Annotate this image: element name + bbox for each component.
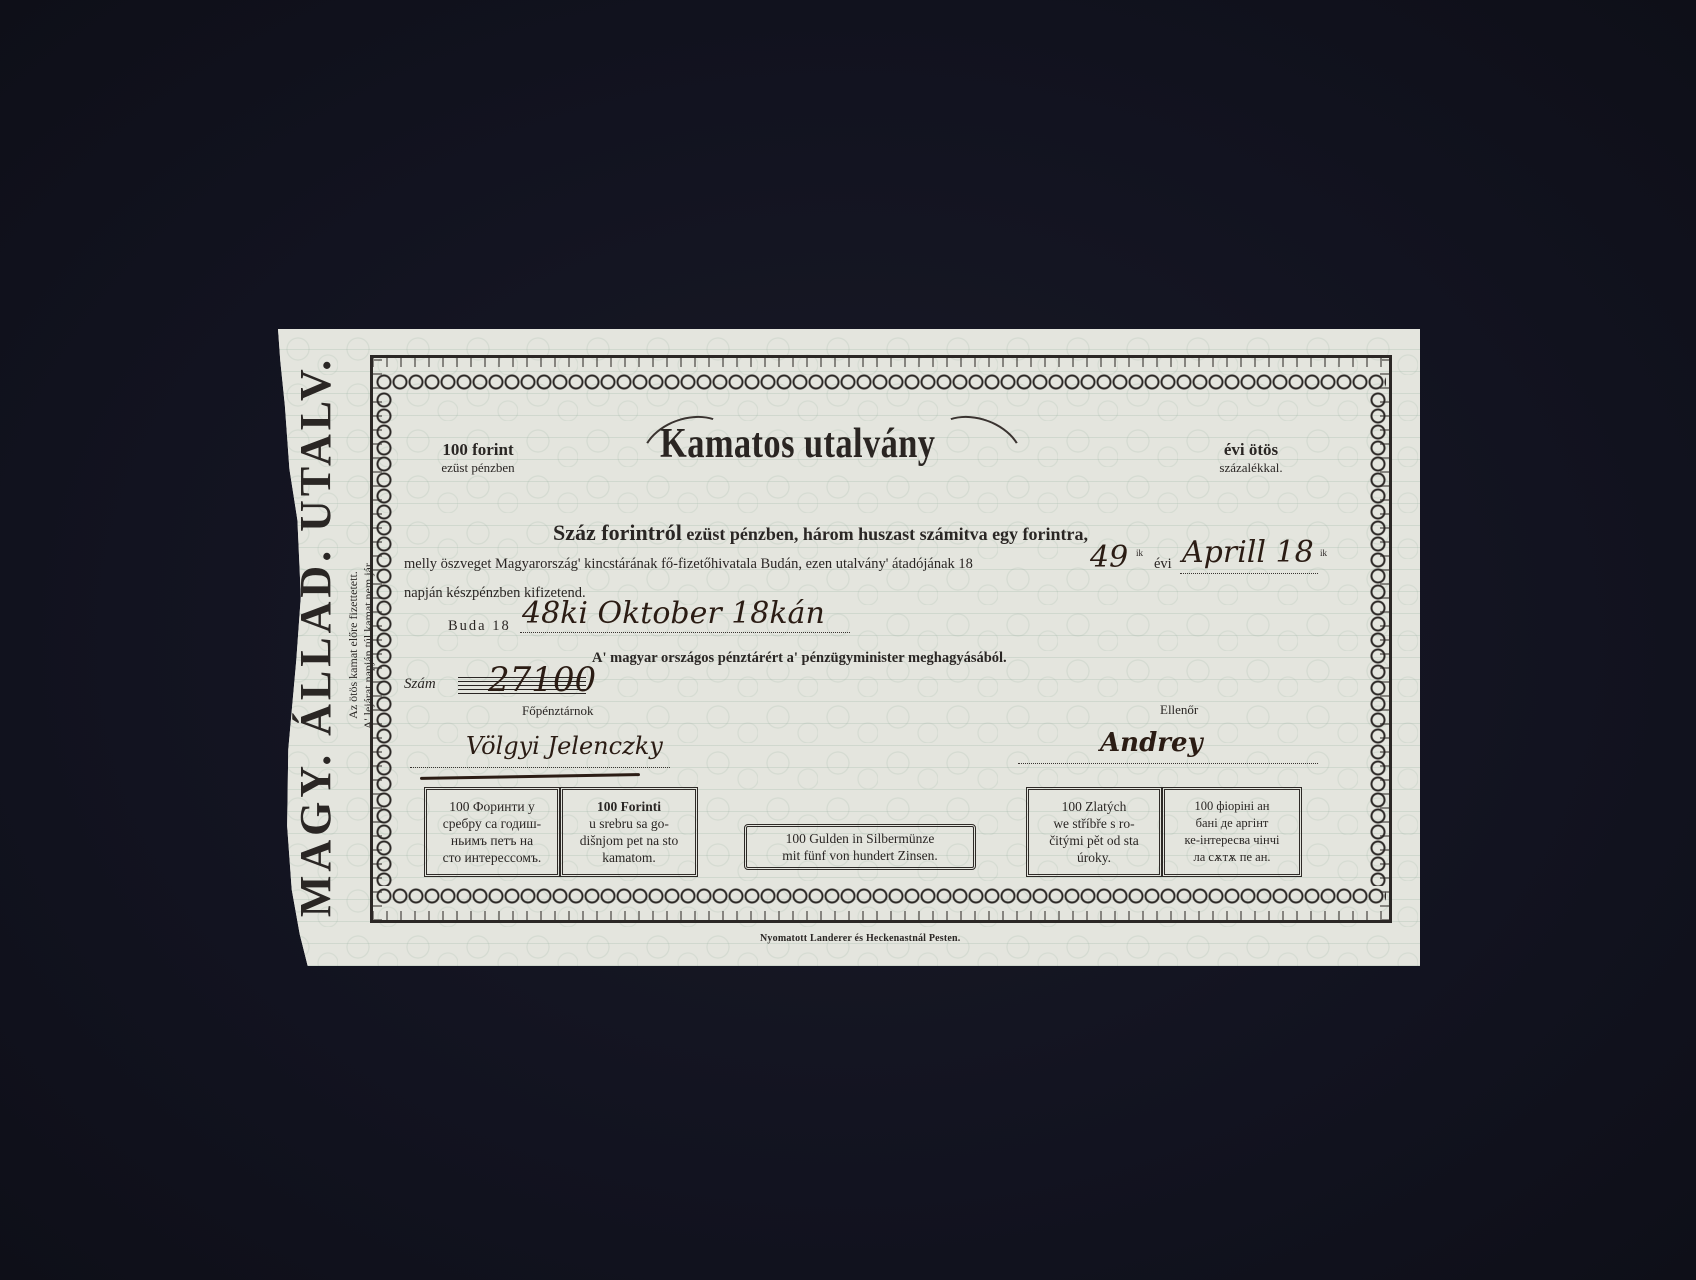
- number-label: Szám: [404, 676, 436, 693]
- croatian-line: 100 Forinti: [580, 798, 679, 815]
- serbian-line: сребру са годиш-: [443, 815, 542, 832]
- document-title: Kamatos utalvány: [660, 420, 935, 468]
- translation-serbian: 100 Форинти у сребру са годиш- ньимъ пет…: [424, 787, 560, 877]
- romanian-line: 100 фiорiнi ан: [1185, 798, 1280, 815]
- headline-rest: ezüst pénzben, három huszast számitva eg…: [686, 524, 1088, 544]
- corner-right-rate: évi ötös: [1196, 440, 1306, 460]
- slovak-line: čitými pět od sta: [1049, 832, 1139, 849]
- authority-statement: A' magyar országos pénztárért a' pénzügy…: [592, 650, 1007, 667]
- body-line-1: melly öszveget Magyarország' kincstárána…: [404, 556, 973, 573]
- translation-german: 100 Gulden in Silbermünze mit fünf von h…: [744, 824, 976, 870]
- right-signature-line: [1018, 763, 1318, 764]
- slovak-line: 100 Zlatých: [1049, 798, 1139, 815]
- corner-left-subtitle: ezüst pénzben: [418, 460, 538, 476]
- handwritten-issue-date: 48ki Oktober 18kán: [522, 596, 825, 631]
- chief-cashier-signature: Völgyi Jelenczky: [466, 732, 663, 760]
- german-line: mit fünf von hundert Zinsen.: [782, 847, 938, 864]
- issue-place: Buda 18: [448, 618, 511, 635]
- stub-title-text: MAGY. ÁLLAD. UTALV.: [291, 355, 342, 916]
- printer-imprint: Nyomatott Landerer és Heckenastnál Peste…: [760, 933, 961, 944]
- controller-title: Ellenőr: [1160, 702, 1198, 718]
- left-signature-line: [410, 767, 670, 768]
- issue-date-line: [520, 632, 850, 633]
- translation-croatian: 100 Forinti u srebru sa go- dišnjom pet …: [560, 787, 698, 877]
- corner-left-amount: 100 forint: [418, 440, 538, 460]
- evi-text: évi: [1154, 556, 1172, 573]
- serbian-line: ньимъ петъ на: [443, 832, 542, 849]
- corner-left-label: 100 forint ezüst pénzben: [418, 440, 538, 476]
- stub-vertical-title: MAGY. ÁLLAD. UTALV.: [293, 356, 339, 916]
- serbian-line: 100 Форинти у: [443, 798, 542, 815]
- ordinal-suffix: ik: [1136, 548, 1143, 558]
- controller-signature: Andrey: [1100, 728, 1203, 758]
- croatian-line: u srebru sa go-: [580, 815, 679, 832]
- date-line: [1180, 573, 1318, 574]
- german-line: 100 Gulden in Silbermünze: [782, 830, 938, 847]
- corner-right-subtitle: százalékkal.: [1196, 460, 1306, 476]
- romanian-line: банi де аргiнт: [1185, 815, 1280, 832]
- translation-slovak: 100 Zlatých we stříbře s ro- čitými pět …: [1026, 787, 1162, 877]
- translation-romanian: 100 фiорiнi ан банi де аргiнт ке-iнтерес…: [1162, 787, 1302, 877]
- ordinal-suffix-2: ik: [1320, 548, 1327, 558]
- stub-note-line-1: Az ötös kamat előre fizettetett.: [346, 561, 361, 729]
- croatian-line: kamatom.: [580, 849, 679, 866]
- chief-cashier-title: Főpénztárnok: [522, 703, 593, 719]
- headline: Száz forintról ezüst pénzben, három husz…: [553, 520, 1088, 546]
- handwritten-year: 49: [1090, 540, 1128, 575]
- corner-right-label: évi ötös százalékkal.: [1196, 440, 1306, 476]
- headline-bold: Száz forintról: [553, 520, 682, 545]
- romanian-line: ла сѫтѫ пе ан.: [1185, 849, 1280, 866]
- slovak-line: we stříbře s ro-: [1049, 815, 1139, 832]
- croatian-line: dišnjom pet na sto: [580, 832, 679, 849]
- handwritten-maturity-date: Aprill 18: [1182, 535, 1314, 570]
- handwritten-serial-number: 27100: [488, 660, 596, 700]
- serbian-line: сто интерессомъ.: [443, 849, 542, 866]
- romanian-line: ке-iнтересва чiнчi: [1185, 832, 1280, 849]
- slovak-line: úroky.: [1049, 849, 1139, 866]
